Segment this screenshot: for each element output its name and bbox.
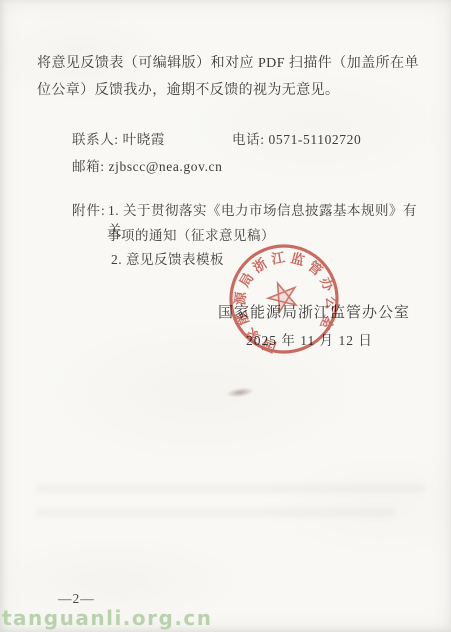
- signature-organization: 国家能源局浙江监管办公室: [218, 301, 410, 322]
- attachments-label: 附件:: [72, 199, 106, 219]
- watermark-text: tanguanli.org.cn: [2, 606, 213, 630]
- scanned-document-page: 将意见反馈表（可编辑版）和对应 PDF 扫描件（加盖所在单位公章）反馈我办，逾期…: [0, 0, 451, 632]
- svg-text:局: 局: [237, 270, 257, 289]
- contact-person: 联系人: 叶晓霞: [72, 132, 165, 147]
- svg-text:浙: 浙: [250, 255, 271, 276]
- svg-text:办: 办: [317, 274, 337, 293]
- signature-date: 2025 年 11 月 12 日: [246, 329, 373, 349]
- attachment-2: 2. 意见反馈表模板: [111, 248, 224, 268]
- attachment-1-line-2: 事项的通知（征求意见稿）: [107, 224, 275, 244]
- contact-person-row: 联系人: 叶晓霞 电话: 0571-51102720: [72, 128, 165, 148]
- seal-graphic: 国家能源局浙江监管办公室: [206, 221, 362, 377]
- ink-smudge-mark: [226, 386, 255, 399]
- contact-email: 邮箱: zjbscc@nea.gov.cn: [72, 155, 223, 175]
- contact-phone: 电话: 0571-51102720: [232, 128, 451, 148]
- body-paragraph: 将意见反馈表（可编辑版）和对应 PDF 扫描件（加盖所在单位公章）反馈我办，逾期…: [37, 50, 419, 104]
- svg-text:监: 监: [289, 249, 307, 268]
- svg-text:管: 管: [305, 258, 326, 279]
- page-showthrough-smudge: [35, 484, 425, 493]
- page-number: —2—: [58, 591, 95, 607]
- svg-text:江: 江: [269, 250, 286, 267]
- official-red-seal: 国家能源局浙江监管办公室: [206, 221, 362, 377]
- page-showthrough-smudge: [35, 508, 395, 517]
